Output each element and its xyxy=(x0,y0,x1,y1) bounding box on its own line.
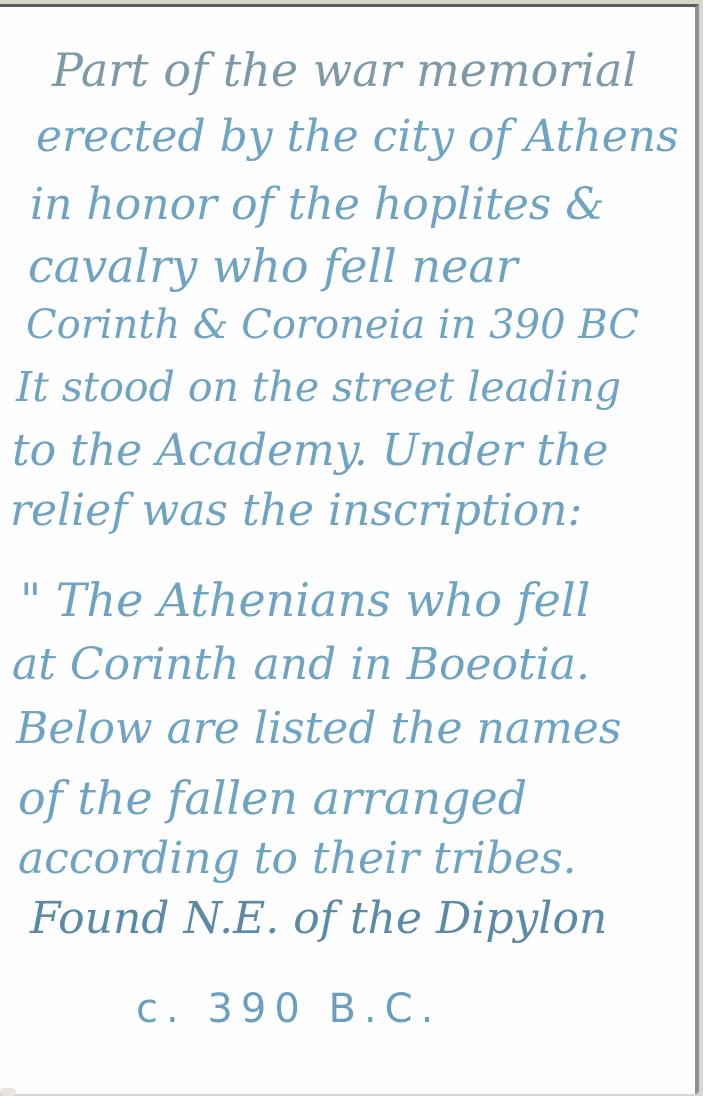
text-line-3: in honor of the hoplites & xyxy=(30,183,604,227)
text-line-13: according to their tribes. xyxy=(18,837,577,881)
text-line-4: cavalry who fell near xyxy=(28,243,518,289)
text-line-10: at Corinth and in Boeotia. xyxy=(12,643,590,687)
date-note: c. 390 B.C. xyxy=(136,989,441,1029)
text-line-9: " The Athenians who fell xyxy=(20,577,590,623)
text-line-6: It stood on the street leading xyxy=(16,367,621,408)
paper-edge-mark xyxy=(0,1088,16,1096)
postcard-back: Part of the war memorial erected by the … xyxy=(0,4,699,1094)
text-line-2: erected by the city of Athens xyxy=(36,115,679,159)
text-line-8: relief was the inscription: xyxy=(10,489,582,533)
text-line-12: of the fallen arranged xyxy=(18,775,527,821)
text-line-5: Corinth & Coroneia in 390 BC xyxy=(26,305,639,345)
text-line-14: Found N.E. of the Dipylon xyxy=(30,897,607,941)
text-line-11: Below are listed the names xyxy=(16,707,621,751)
text-line-1: Part of the war memorial xyxy=(52,47,637,93)
text-line-7: to the Academy. Under the xyxy=(12,429,608,473)
